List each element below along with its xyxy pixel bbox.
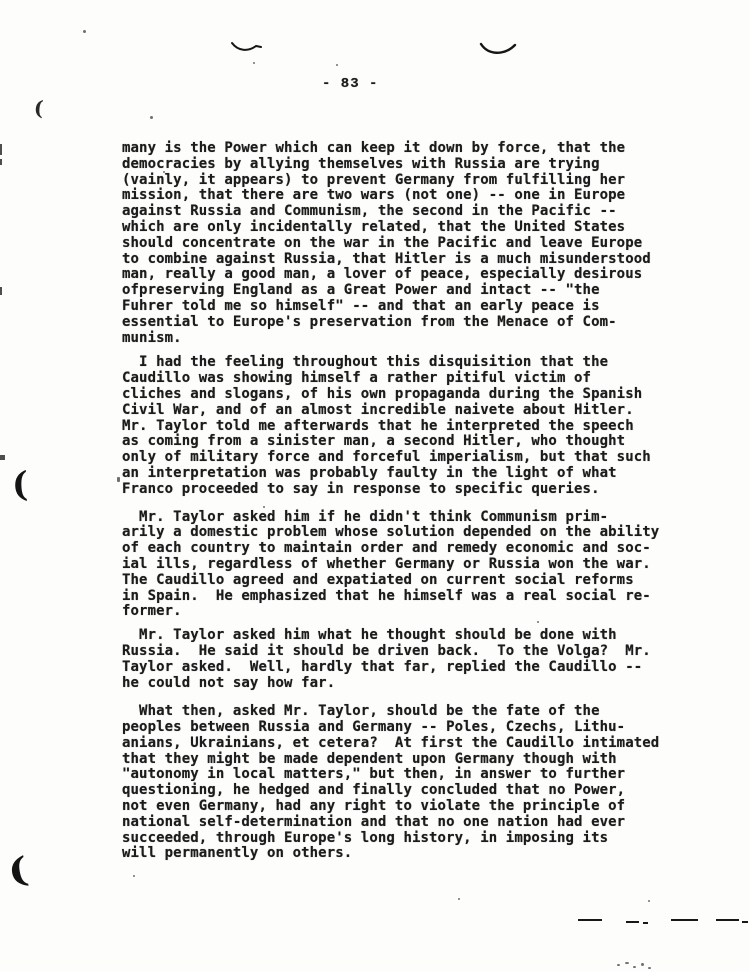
pen-stroke-mark [478, 40, 518, 58]
paragraph: many is the Power which can keep it down… [122, 141, 674, 346]
scanned-document-page: - 83 - ( ( ( many is the Power which can… [0, 0, 750, 972]
scan-dash-mark [716, 919, 739, 921]
noise-speck [336, 64, 338, 66]
noise-speck [150, 116, 153, 119]
scan-edge-mark [0, 159, 2, 165]
noise-speck [117, 477, 120, 482]
noise-speck [458, 898, 460, 900]
page-number: - 83 - [322, 76, 378, 92]
scan-edge-mark [0, 455, 5, 460]
scan-dash-mark [643, 922, 648, 924]
paragraph: Mr. Taylor asked him what he thought sho… [122, 628, 674, 691]
margin-paren-mark: ( [33, 98, 44, 119]
noise-speck [625, 962, 629, 964]
margin-paren-mark: ( [11, 468, 28, 503]
scan-dash-mark [626, 921, 639, 923]
paragraph: Mr. Taylor asked him if he didn't think … [122, 510, 674, 621]
paragraph: I had the feeling throughout this disqui… [122, 355, 674, 497]
document-body: many is the Power which can keep it down… [122, 141, 674, 862]
pen-stroke-mark [230, 38, 264, 54]
scan-edge-mark [0, 287, 2, 295]
noise-speck [633, 966, 636, 968]
noise-speck [648, 900, 650, 902]
noise-speck [617, 964, 620, 966]
noise-speck [253, 62, 255, 64]
scan-dash-mark [578, 919, 602, 921]
noise-speck [641, 963, 644, 966]
noise-speck [537, 621, 539, 623]
noise-speck [133, 875, 135, 877]
noise-speck [263, 506, 265, 508]
scan-dash-mark [671, 919, 698, 921]
scan-edge-mark [0, 144, 2, 155]
noise-speck [163, 171, 165, 173]
noise-speck [648, 967, 651, 969]
scan-dash-mark [742, 921, 748, 923]
paragraph: What then, asked Mr. Taylor, should be t… [122, 704, 674, 862]
margin-paren-mark: ( [5, 853, 31, 890]
noise-speck [83, 30, 86, 33]
